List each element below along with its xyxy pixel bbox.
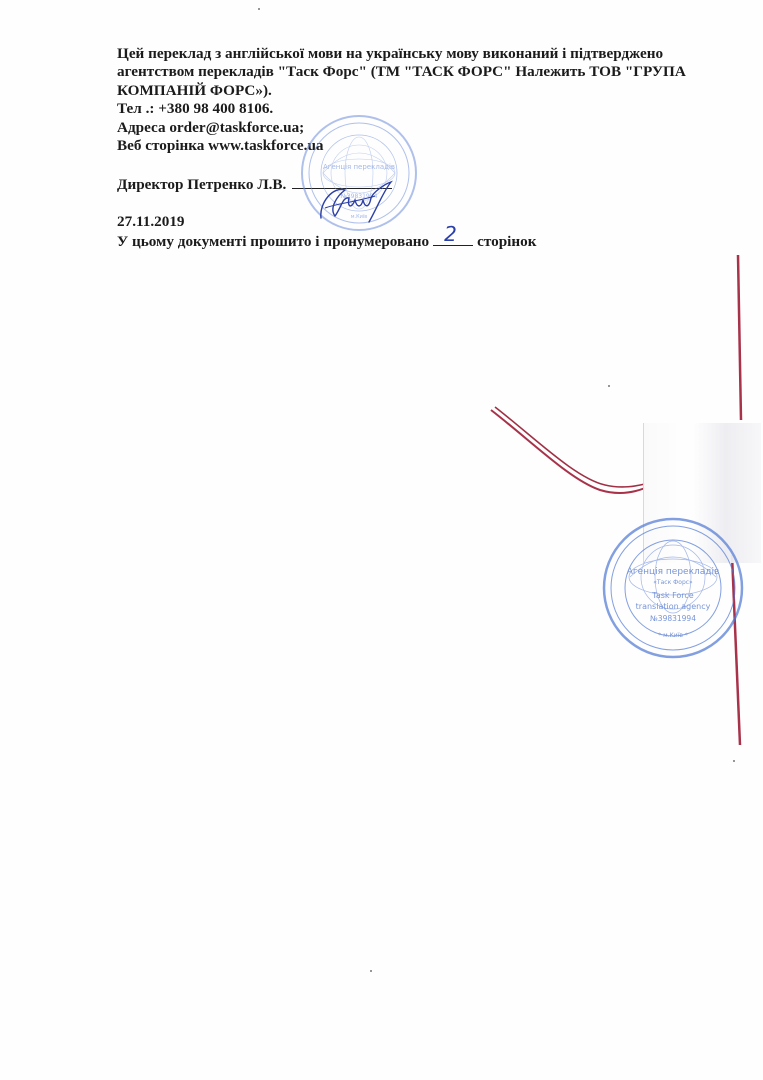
scan-speck	[370, 970, 372, 972]
certification-line-2: агентством перекладів "Таск Форс" (ТМ "Т…	[117, 63, 637, 81]
svg-text:№39831994: №39831994	[650, 614, 696, 623]
certification-line-3: КОМПАНІЙ ФОРС»).	[117, 82, 637, 100]
pages-prefix: У цьому документі прошито і пронумерован…	[117, 233, 429, 250]
pages-count-blank: 2	[433, 231, 473, 246]
svg-text:Агенція перекладів: Агенція перекладів	[323, 163, 395, 171]
certification-line-1: Цей переклад з англійської мови на украї…	[117, 45, 637, 63]
scan-speck	[733, 760, 735, 762]
director-signature	[315, 178, 395, 228]
scan-speck	[258, 8, 260, 10]
svg-text:Task Force: Task Force	[651, 591, 694, 600]
svg-text:translation agency: translation agency	[636, 602, 711, 611]
svg-text:«Таск Форс»: «Таск Форс»	[653, 579, 693, 586]
document-page: Цей переклад з англійської мови на украї…	[0, 0, 763, 1080]
agency-stamp-bottom: Агенція перекладів «Таск Форс» Task Forc…	[600, 517, 746, 659]
svg-text:* м.Київ *: * м.Київ *	[658, 632, 688, 639]
scan-speck	[608, 385, 610, 387]
stamp-seal-icon: Агенція перекладів «Таск Форс» Task Forc…	[600, 517, 746, 659]
director-label: Директор Петренко Л.В.	[117, 176, 286, 193]
pages-suffix: сторінок	[477, 233, 536, 250]
handwritten-page-count: 2	[444, 225, 457, 243]
svg-text:Агенція перекладів: Агенція перекладів	[627, 567, 720, 577]
pages-line: У цьому документі прошито і пронумерован…	[117, 231, 637, 251]
